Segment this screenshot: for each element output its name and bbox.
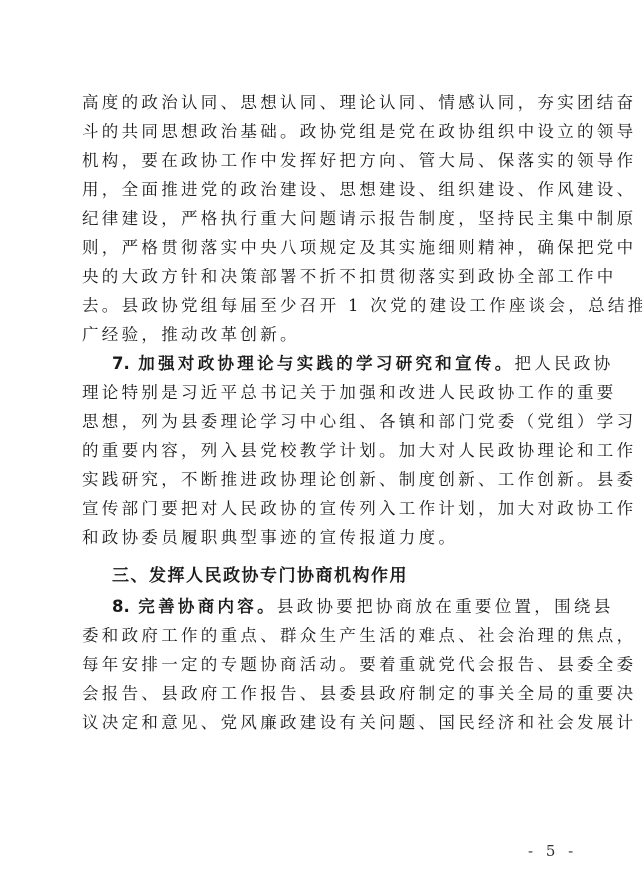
text-line: 理论特别是习近平总书记关于加强和改进人民政协工作的重要 xyxy=(82,378,562,407)
text-line: 机构，要在政协工作中发挥好把方向、管大局、保落实的领导作 xyxy=(82,146,562,175)
item-number: 7. xyxy=(112,354,130,373)
text-line: 每年安排一定的专题协商活动。要着重就党代会报告、县委全委 xyxy=(82,650,562,679)
text-line: 实践研究，不断推进政协理论创新、制度创新、工作创新。县委 xyxy=(82,465,562,494)
item-text: 把人民政协 xyxy=(515,354,614,373)
paragraph-8-first-line: 8. 完善协商内容。县政协要把协商放在重要位置，围绕县 xyxy=(112,592,562,621)
section-heading: 三、发挥人民政协专门协商机构作用 xyxy=(112,562,562,591)
item-text: 县政协要把协商放在重要位置，围绕县 xyxy=(277,597,614,616)
text-line: 高度的政治认同、思想认同、理论认同、情感认同，夯实团结奋 xyxy=(82,88,562,117)
text-line: 议决定和意见、党风廉政建设有关问题、国民经济和社会发展计 xyxy=(82,708,562,737)
text-line: 思想，列为县委理论学习中心组、各镇和部门党委（党组）学习 xyxy=(82,407,562,436)
text-line: 则，严格贯彻落实中央八项规定及其实施细则精神，确保把党中 xyxy=(82,233,562,262)
text-line: 会报告、县政府工作报告、县委县政府制定的事关全局的重要决 xyxy=(82,679,562,708)
page-number: - 5 - xyxy=(528,842,577,860)
item-lead-sentence: 加强对政协理论与实践的学习研究和宣传。 xyxy=(138,354,514,373)
text-line: 委和政府工作的重点、群众生产生活的难点、社会治理的焦点， xyxy=(82,621,562,650)
paragraph-7-first-line: 7. 加强对政协理论与实践的学习研究和宣传。把人民政协 xyxy=(112,349,562,378)
item-lead-sentence: 完善协商内容。 xyxy=(138,597,277,616)
text-line: 去。县政协党组每届至少召开 1 次党的建设工作座谈会，总结推 xyxy=(82,291,562,320)
text-line: 的重要内容，列入县党校教学计划。加大对人民政协理论和工作 xyxy=(82,436,562,465)
document-page: 高度的政治认同、思想认同、理论认同、情感认同，夯实团结奋 斗的共同思想政治基础。… xyxy=(0,0,642,896)
text-line: 广经验，推动改革创新。 xyxy=(82,320,562,349)
text-line: 宣传部门要把对人民政协的宣传列入工作计划，加大对政协工作 xyxy=(82,494,562,523)
text-line: 用，全面推进党的政治建设、思想建设、组织建设、作风建设、 xyxy=(82,175,562,204)
text-line: 纪律建设，严格执行重大问题请示报告制度，坚持民主集中制原 xyxy=(82,204,562,233)
text-line: 和政协委员履职典型事迹的宣传报道力度。 xyxy=(82,523,562,552)
item-number: 8. xyxy=(112,597,130,616)
text-line: 斗的共同思想政治基础。政协党组是党在政协组织中设立的领导 xyxy=(82,117,562,146)
text-line: 央的大政方针和决策部署不折不扣贯彻落实到政协全部工作中 xyxy=(82,262,562,291)
